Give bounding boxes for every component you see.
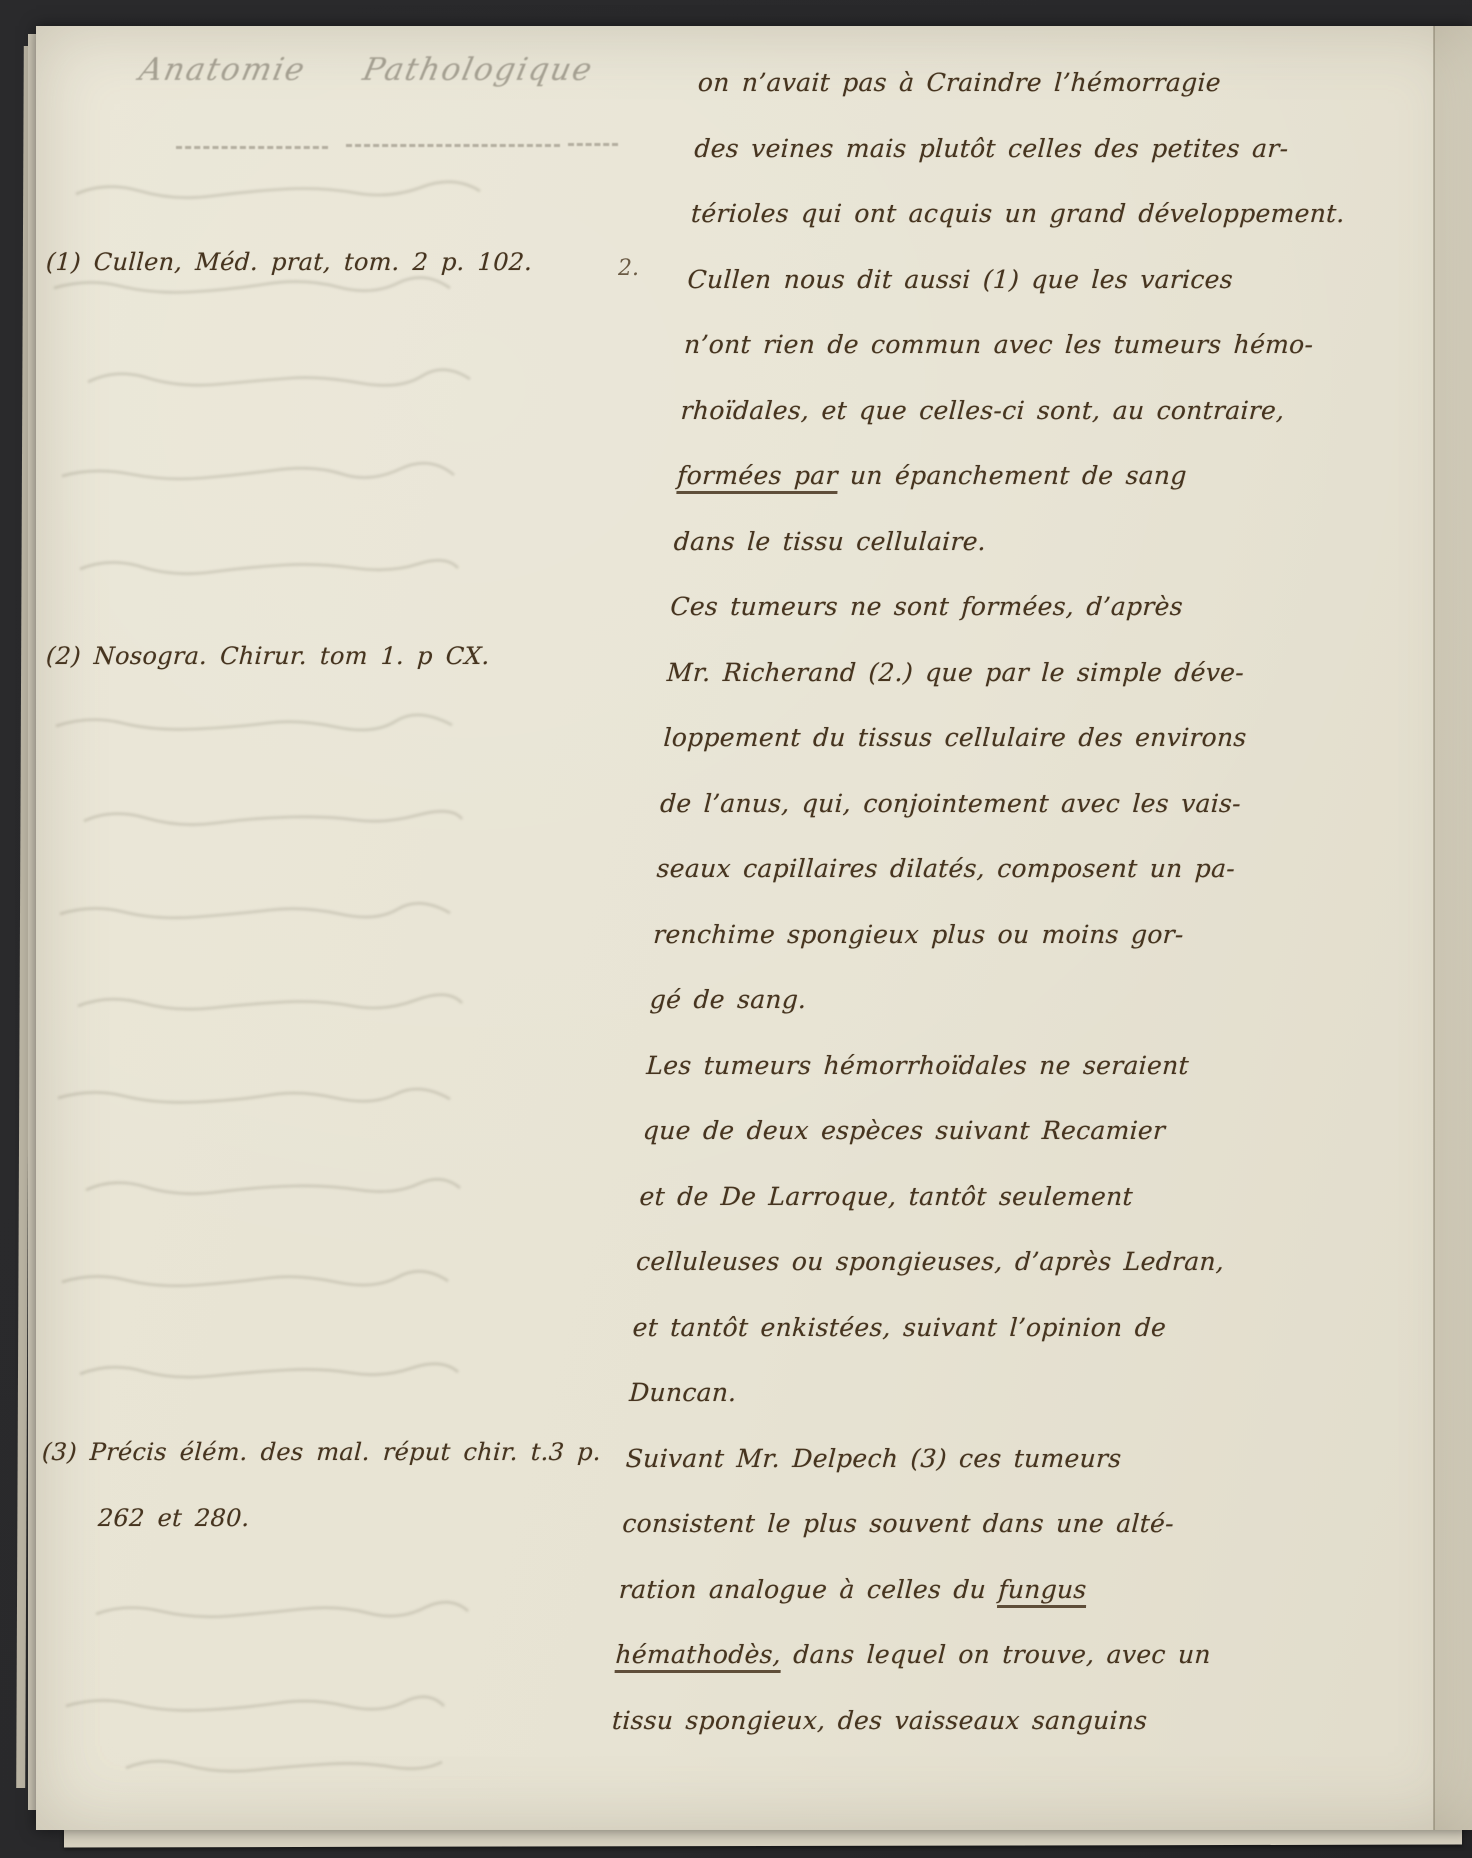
manuscript-line: seaux capillaires dilatés, composent un … <box>655 836 1264 902</box>
manuscript-line: rhoïdales, et que celles-ci sont, au con… <box>679 378 1288 444</box>
manuscript-line: et tantôt enkistées, suivant l’opinion d… <box>631 1295 1240 1361</box>
manuscript-line: ration analogue à celles du fungus <box>617 1557 1226 1623</box>
manuscript-line: Duncan. <box>628 1360 1237 1426</box>
manuscript-line: Suivant Mr. Delpech (3) ces tumeurs <box>624 1426 1233 1492</box>
manuscript-line: hémathodès, dans lequel on trouve, avec … <box>614 1622 1223 1688</box>
page-fold-shade <box>1434 26 1472 1830</box>
page-stack-edge <box>28 34 36 1810</box>
manuscript-line: formées par un épanchement de sang <box>676 443 1285 509</box>
heading-underline <box>176 146 328 149</box>
manuscript-page: Anatomie Pathologique (1) Cullen, Méd. p… <box>36 26 1472 1830</box>
page-heading: Anatomie Pathologique <box>136 52 704 88</box>
manuscript-line: térioles qui ont acquis un grand dévelop… <box>689 181 1298 247</box>
manuscript-line: consistent le plus souvent dans une alté… <box>621 1491 1230 1557</box>
bleedthrough-text <box>36 26 676 1830</box>
manuscript-line: et de De Larroque, tantôt seulement <box>638 1164 1247 1230</box>
heading-word: Pathologique <box>360 52 597 88</box>
manuscript-line: tissu spongieux, des vaisseaux sanguins <box>610 1688 1219 1754</box>
page-fold-line <box>1433 26 1435 1830</box>
manuscript-line: loppement du tissus cellulaire des envir… <box>662 705 1271 771</box>
margin-note-1: (1) Cullen, Méd. prat, tom. 2 p. 102. <box>45 248 533 276</box>
manuscript-line: dans le tissu cellulaire. <box>672 509 1281 575</box>
manuscript-line: des veines mais plutôt celles des petite… <box>693 116 1302 182</box>
manuscript-line: n’ont rien de commun avec les tumeurs hé… <box>682 312 1291 378</box>
manuscript-line: on n’avait pas à Craindre l’hémorragie <box>696 50 1305 116</box>
manuscript-line: de l’anus, qui, conjointement avec les v… <box>658 771 1267 837</box>
photo-background: Anatomie Pathologique (1) Cullen, Méd. p… <box>0 0 1472 1858</box>
margin-note-3: (3) Précis élém. des mal. réput chir. t.… <box>41 1438 601 1466</box>
heading-underline <box>346 144 560 147</box>
margin-mark: 2. <box>618 256 639 281</box>
manuscript-line: Cullen nous dit aussi (1) que les varice… <box>686 247 1295 313</box>
manuscript-line: celluleuses ou spongieuses, d’après Ledr… <box>634 1229 1243 1295</box>
manuscript-line: Mr. Richerand (2.) que par le simple dév… <box>665 640 1274 706</box>
manuscript-line: Ces tumeurs ne sont formées, d’après <box>669 574 1278 640</box>
main-text-column: on n’avait pas à Craindre l’hémorragie d… <box>610 50 1305 1753</box>
heading-word: Anatomie <box>136 52 309 88</box>
heading-underline <box>568 143 618 146</box>
manuscript-line: Les tumeurs hémorrhoïdales ne seraient <box>645 1033 1254 1099</box>
manuscript-line: que de deux espèces suivant Recamier <box>641 1098 1250 1164</box>
margin-note-3-continued: 262 et 280. <box>97 1504 250 1532</box>
manuscript-line: renchime spongieux plus ou moins gor- <box>652 902 1261 968</box>
margin-note-2: (2) Nosogra. Chirur. tom 1. p CX. <box>45 642 490 670</box>
manuscript-line: gé de sang. <box>648 967 1257 1033</box>
